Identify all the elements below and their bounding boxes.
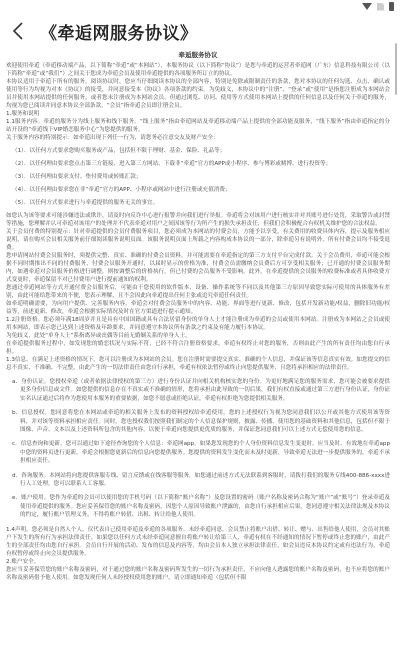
document-title: 牵逅服务协议 <box>6 50 390 59</box>
app-header: 《牵逅网服务协议》 <box>0 14 400 48</box>
warning-item: （4）．以任何理由要求您在非“牵逅”官方的APP、小程序或网站中进行注册或充值消… <box>6 186 390 194</box>
sim-icon <box>377 3 384 11</box>
status-bar <box>0 0 400 14</box>
section-heading: 1.服务和说明 <box>6 110 390 118</box>
intro-paragraph: 本协议适用于牵逅下所有的服务。阅读协议时，您应当仔细阅读本协议的全部内容，特别是… <box>6 78 390 110</box>
body-paragraph: 您申请网站付费会员服务时，须提供完整、真实、准确的付费会员资料，并可能需要在牵逅… <box>6 252 390 284</box>
body-paragraph: 关于会员付费的特别提示：针对牵逅提供的会员付费服务项目，您必须成为本网站的付费会… <box>6 228 390 252</box>
warning-item: （2）．以任何理由要求您点击第三方链接、进入第三方网站、下载非“牵逅”官方的AP… <box>6 160 390 168</box>
body-paragraph: 如您认为该等要求可能涉嫌违法或欺诈，请及时向反诈中心进行报警并向我们进行举报。牵… <box>6 212 390 228</box>
warning-item: （1）．以任何方式要求您购买服务或产品，包括但不限于理财、基金、保险、礼品等； <box>6 147 390 155</box>
tail-paragraph: 1.4声明。您必须是自然人个人，仅代表自己使用牵逅及牵逅的各项服务。未经牵逅同意… <box>6 526 390 558</box>
scrollbar[interactable] <box>395 43 397 95</box>
warning-item: （5）．以任何方式要求进行与牵逅提供的服务无关的事宜。 <box>6 199 390 207</box>
lettered-item: b．信息授权。您同意将您在本网站或牵逅的相关服务上发布的资料授权给牵逅使用，您的… <box>6 409 390 434</box>
back-button[interactable] <box>8 21 28 41</box>
page-title: 《牵逅网服务协议》 <box>40 19 198 44</box>
body-paragraph: 在牵逅提供服务过程中，如发现您的婚恋状况与实际不符，已经不符合注册资格要求，牵逅… <box>6 340 390 356</box>
intro-paragraph: 欢迎使用牵逅（牵逅移动端产品，以下简称“牵逅”或“本网站”），本服务协议（以下简… <box>6 62 390 78</box>
lettered-item: a．身份认证。您授权牵逅（或者依据法律授权的第三方）进行身份认证并向相关机构核实… <box>6 378 390 403</box>
battery-icon <box>389 2 394 11</box>
chevron-left-icon <box>12 22 24 40</box>
lettered-item: d．咨询服务。本网站将向您提供客服专线、留言反馈或在线客服等服务，如您通过前述方… <box>6 472 390 489</box>
body-paragraph: 为免歧义，此处“单身人士”系指离异或丧偶等目前无婚姻关系的单身人士。 <box>6 332 390 340</box>
body-paragraph: 如牵逅明确需要，为向用户提供、完善服务内容，牵逅会对付费会员服务中的内容、功能、… <box>6 300 390 316</box>
body-paragraph: 1.3信息。在满足上述资格的情况下，您可以注册成为本网站的会员。您在注册时需要提… <box>6 356 390 372</box>
lettered-item: c．信息查询和更新。您可以通过如下途径查询您的个人信息：牵逅网app。如果您发现… <box>6 440 390 465</box>
body-paragraph: 1.2注册资格。您必须年满18周岁并且是具有中国国籍或具有合法居留身份的单身人士… <box>6 316 390 332</box>
body-paragraph: 您通过牵逅网站等方式开通付费会员服务后，可能由于您使用的软件版本、设备、操作系统… <box>6 284 390 300</box>
tail-paragraph: 您应当妥善保管您的账户名称及密码，对于通过您的账户名称及密码所发生的一切行为承担… <box>6 566 390 582</box>
intro-paragraph: 1.1服务内容。牵逅的服务分为线上服务和线下服务。“线上服务”指由牵逅网站及牵逅… <box>6 118 390 134</box>
section-heading: 2.账户安全。 <box>6 558 390 566</box>
agreement-content[interactable]: 牵逅服务协议 欢迎使用牵逅（牵逅移动端产品，以下简称“牵逅”或“本网站”），本服… <box>0 48 394 667</box>
intro-paragraph: 关于服务内容的特别提示：如牵逅出现下列任一行为，请您务必注意交友及财产安全： <box>6 134 390 142</box>
lettered-item: e．账户使用。您作为牵逅的会员可以使用您的手机号码（以下简称“账户名称”）及您设… <box>6 494 390 519</box>
wifi-icon <box>362 3 372 10</box>
warning-item: （3）．以任何理由要求支付、垫付费用或转账汇款； <box>6 173 390 181</box>
